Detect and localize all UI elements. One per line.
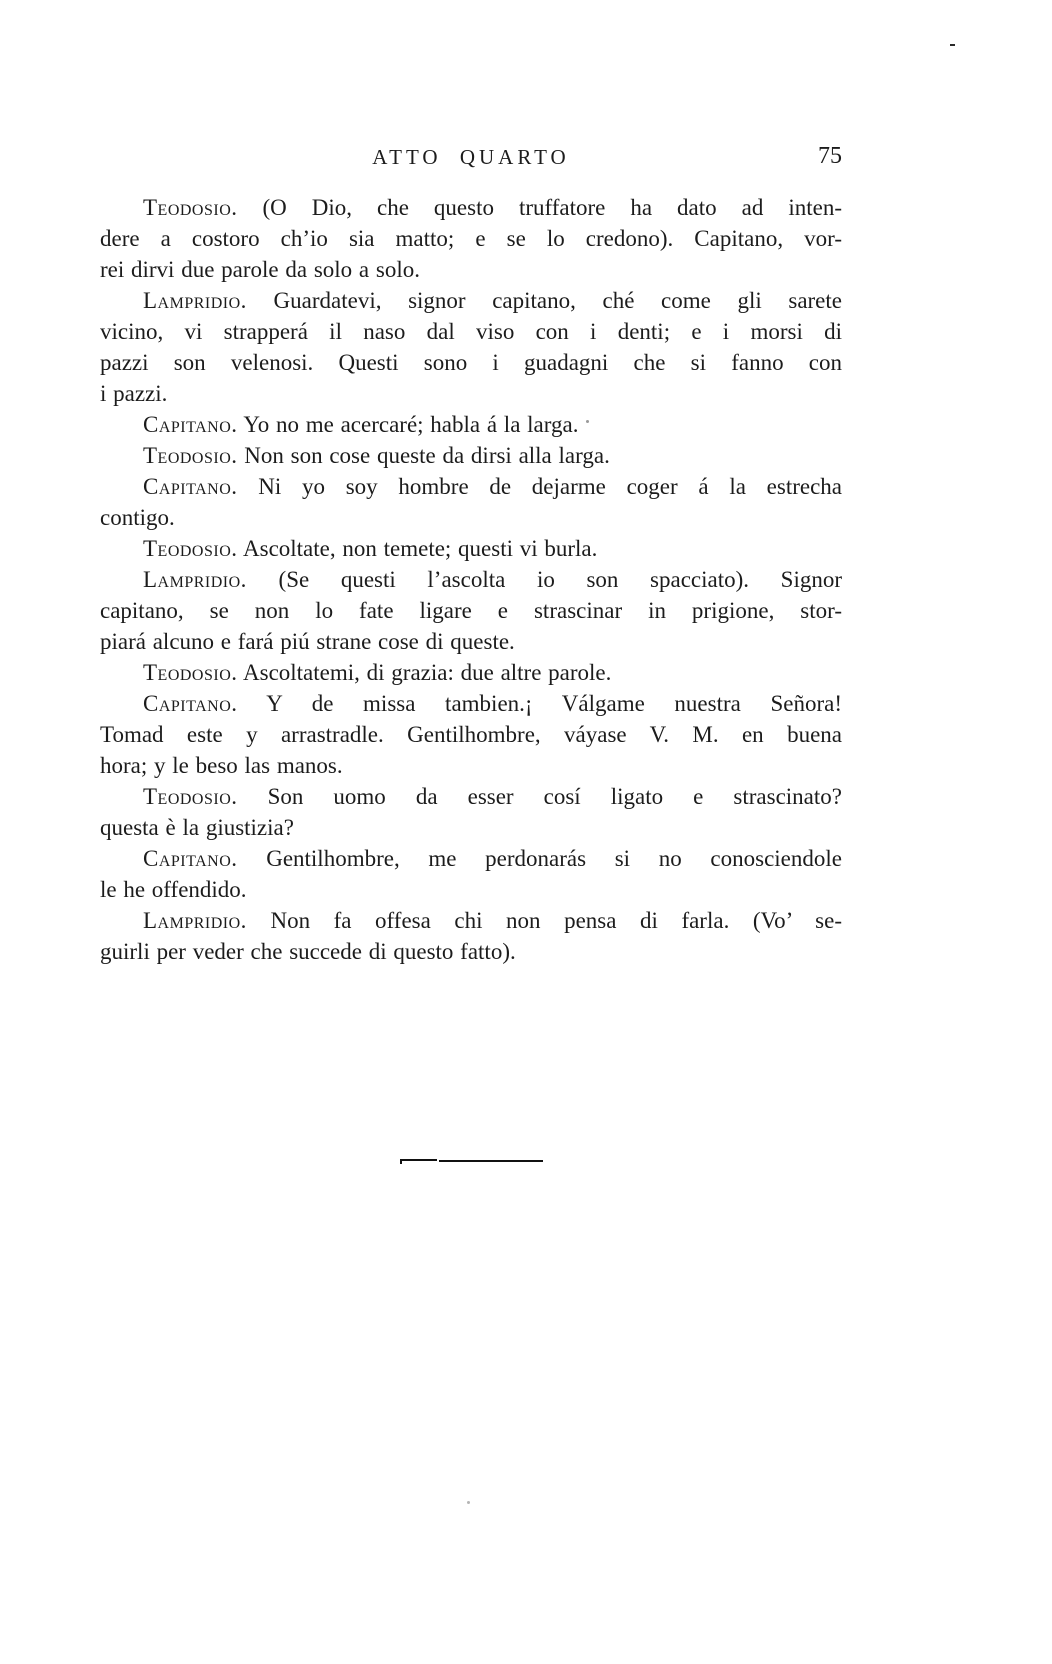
dialogue-line: Teodosio. Son uomo da esser cosí ligato … bbox=[100, 781, 842, 812]
scan-artifact-dot bbox=[586, 420, 589, 423]
speaker-name: Capitano. bbox=[143, 691, 238, 716]
dialogue-line: le he offendido. bbox=[100, 874, 842, 905]
dialogue-line: capitano, se non lo fate ligare e strasc… bbox=[100, 595, 842, 626]
dialogue-paragraph: Capitano. Gentilhombre, me perdonarás si… bbox=[100, 843, 842, 905]
dialogue-paragraph: Teodosio. Ascoltatemi, di grazia: due al… bbox=[100, 657, 842, 688]
dialogue-line: guirli per veder che succede di questo f… bbox=[100, 936, 842, 967]
scan-artifact-dash bbox=[950, 44, 955, 46]
dialogue-line: Teodosio. Ascoltate, non temete; questi … bbox=[100, 533, 842, 564]
dialogue-paragraph: Capitano. Y de missa tambien.¡ Válgame n… bbox=[100, 688, 842, 781]
dialogue-line: Teodosio. (O Dio, che questo truffatore … bbox=[100, 192, 842, 223]
dialogue-paragraph: Teodosio. Non son cose queste da dirsi a… bbox=[100, 440, 842, 471]
speaker-name: Teodosio. bbox=[143, 443, 238, 468]
dialogue-line: Capitano. Ni yo soy hombre de dejarme co… bbox=[100, 471, 842, 502]
page-number: 75 bbox=[818, 143, 842, 170]
dialogue-line: Lampridio. Guardatevi, signor capitano, … bbox=[100, 285, 842, 316]
dialogue-line: Teodosio. Non son cose queste da dirsi a… bbox=[100, 440, 842, 471]
dialogue-line: contigo. bbox=[100, 502, 842, 533]
running-title: ATTO QUARTO bbox=[100, 145, 842, 170]
book-page: ATTO QUARTO 75 Teodosio. (O Dio, che que… bbox=[0, 0, 1052, 1664]
dialogue-line: Lampridio. (Se questi l’ascolta io son s… bbox=[100, 564, 842, 595]
dialogue-paragraph: Teodosio. Ascoltate, non temete; questi … bbox=[100, 533, 842, 564]
dialogue-line: rei dirvi due parole da solo a solo. bbox=[100, 254, 842, 285]
scan-artifact-dot bbox=[467, 1501, 470, 1504]
page-header: ATTO QUARTO 75 bbox=[100, 143, 842, 173]
speaker-name: Teodosio. bbox=[143, 784, 238, 809]
separator-tick bbox=[400, 1159, 402, 1164]
dialogue-paragraph: Lampridio. (Se questi l’ascolta io son s… bbox=[100, 564, 842, 657]
speaker-name: Teodosio. bbox=[143, 660, 238, 685]
speaker-name: Lampridio. bbox=[143, 908, 247, 933]
speaker-name: Teodosio. bbox=[143, 536, 238, 561]
dialogue-paragraph: Lampridio. Non fa offesa chi non pensa d… bbox=[100, 905, 842, 967]
dialogue-line: Teodosio. Ascoltatemi, di grazia: due al… bbox=[100, 657, 842, 688]
dialogue-line: Capitano. Y de missa tambien.¡ Válgame n… bbox=[100, 688, 842, 719]
speaker-name: Capitano. bbox=[143, 474, 238, 499]
speaker-name: Capitano. bbox=[143, 846, 238, 871]
dialogue-line: pazzi son velenosi. Questi sono i guadag… bbox=[100, 347, 842, 378]
dialogue-line: hora; y le beso las manos. bbox=[100, 750, 842, 781]
speaker-name: Teodosio. bbox=[143, 195, 238, 220]
dialogue-line: vicino, vi strapperá il naso dal viso co… bbox=[100, 316, 842, 347]
dialogue-line: Lampridio. Non fa offesa chi non pensa d… bbox=[100, 905, 842, 936]
dialogue-paragraph: Capitano. Ni yo soy hombre de dejarme co… bbox=[100, 471, 842, 533]
dialogue: Teodosio. (O Dio, che questo truffatore … bbox=[100, 192, 842, 967]
speaker-name: Lampridio. bbox=[143, 567, 247, 592]
dialogue-line: piará alcuno e fará piú strane cose di q… bbox=[100, 626, 842, 657]
dialogue-line: Capitano. Gentilhombre, me perdonarás si… bbox=[100, 843, 842, 874]
dialogue-line: Tomad este y arrastradle. Gentilhombre, … bbox=[100, 719, 842, 750]
dialogue-line: dere a costoro ch’io sia matto; e se lo … bbox=[100, 223, 842, 254]
speaker-name: Lampridio. bbox=[143, 288, 247, 313]
dialogue-paragraph: Teodosio. Son uomo da esser cosí ligato … bbox=[100, 781, 842, 843]
dialogue-line: i pazzi. bbox=[100, 378, 842, 409]
dialogue-line: questa è la giustizia? bbox=[100, 812, 842, 843]
section-separator bbox=[400, 1159, 543, 1163]
separator-segment bbox=[400, 1159, 437, 1161]
speaker-name: Capitano. bbox=[143, 412, 238, 437]
separator-segment bbox=[439, 1160, 543, 1162]
dialogue-paragraph: Lampridio. Guardatevi, signor capitano, … bbox=[100, 285, 842, 409]
dialogue-paragraph: Teodosio. (O Dio, che questo truffatore … bbox=[100, 192, 842, 285]
dialogue-paragraph: Capitano. Yo no me acercaré; habla á la … bbox=[100, 409, 842, 440]
dialogue-line: Capitano. Yo no me acercaré; habla á la … bbox=[100, 409, 842, 440]
